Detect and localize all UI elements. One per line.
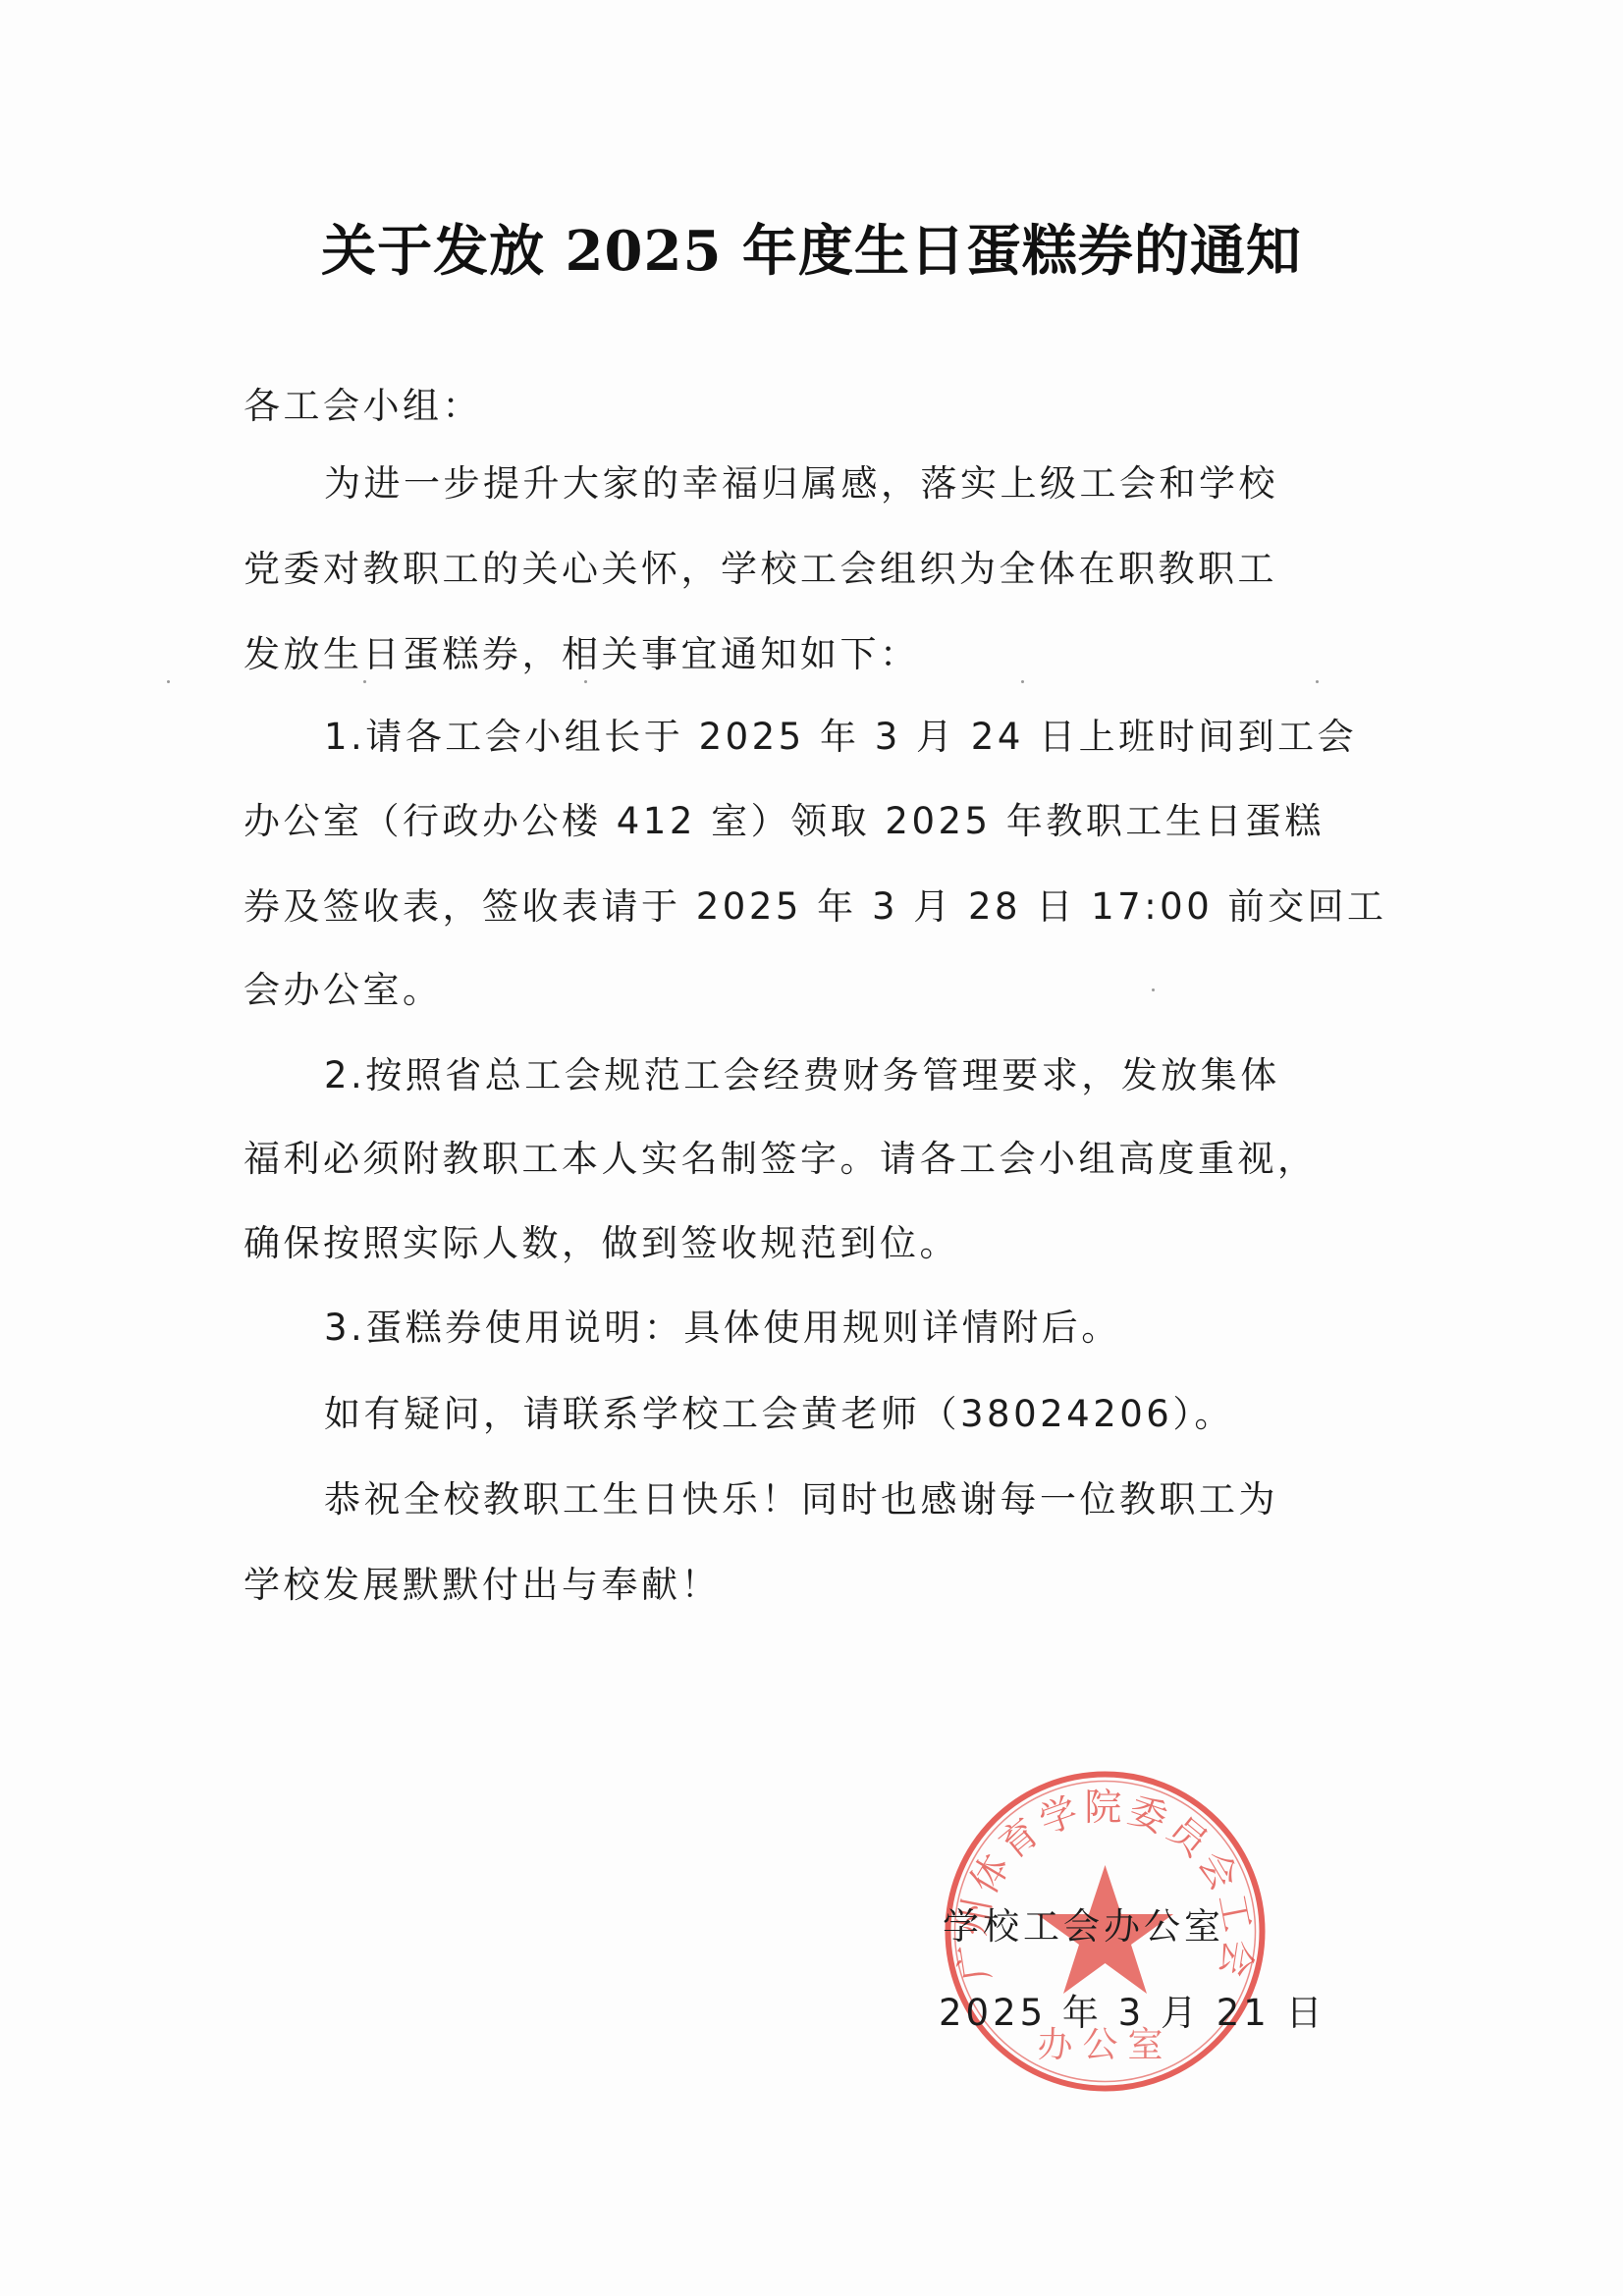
scan-speck (584, 680, 587, 683)
paragraph-line: 为进一步提升大家的幸福归属感，落实上级工会和学校 (324, 454, 1278, 507)
scan-speck (1021, 680, 1024, 683)
issue-date: 2025 年 3 月 21 日 (939, 1983, 1326, 2036)
closing-line: 学校发展默默付出与奉献！ (243, 1555, 721, 1608)
scan-speck (1316, 680, 1319, 683)
item-1-line: 会办公室。 (243, 960, 443, 1013)
item-2-line: 福利必须附教职工本人实名制签字。请各工会小组高度重视， (243, 1129, 1318, 1182)
document-title: 关于发放 2025 年度生日蛋糕券的通知 (0, 208, 1623, 287)
paragraph-line: 发放生日蛋糕券，相关事宜通知如下： (243, 624, 920, 677)
scan-speck (1152, 988, 1155, 991)
item-1-line: 办公室（行政办公楼 412 室）领取 2025 年教职工生日蛋糕 (243, 791, 1325, 844)
scan-speck (363, 680, 366, 683)
closing-line: 恭祝全校教职工生日快乐！同时也感谢每一位教职工为 (324, 1469, 1278, 1522)
document-page: 关于发放 2025 年度生日蛋糕券的通知 各工会小组： 为进一步提升大家的幸福归… (0, 0, 1623, 2296)
item-1-line: 券及签收表，签收表请于 2025 年 3 月 28 日 17:00 前交回工 (243, 877, 1387, 930)
contact-line: 如有疑问，请联系学校工会黄老师（38024206）。 (324, 1384, 1234, 1437)
paragraph-line: 党委对教职工的关心关怀，学校工会组织为全体在职教职工 (243, 539, 1277, 592)
item-3-line: 3.蛋糕券使用说明：具体使用规则详情附后。 (324, 1298, 1121, 1351)
item-2-line: 2.按照省总工会规范工会经费财务管理要求，发放集体 (324, 1045, 1280, 1098)
scan-speck (167, 680, 170, 683)
item-2-line: 确保按照实际人数，做到签收规范到位。 (243, 1213, 959, 1266)
issuer-name: 学校工会办公室 (943, 1896, 1224, 1949)
salutation: 各工会小组： (243, 376, 482, 429)
item-1-line: 1.请各工会小组长于 2025 年 3 月 24 日上班时间到工会 (324, 707, 1357, 760)
